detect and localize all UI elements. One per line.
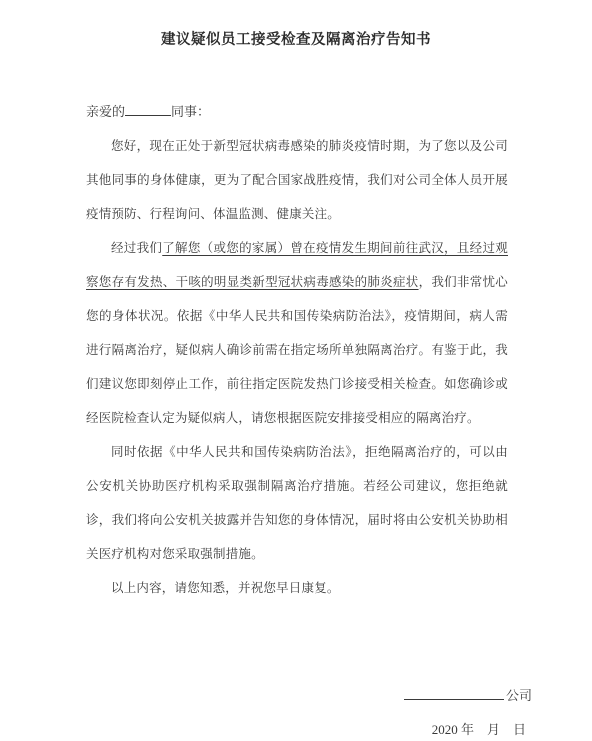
date-line: 2020 年 月 日 bbox=[0, 713, 592, 741]
paragraph-legal-consequences: 同时依据《中华人民共和国传染病防治法》，拒绝隔离治疗的，可以由公安机关协助医疗机… bbox=[86, 435, 508, 571]
paragraph-epidemic-measures: 您好，现在正处于新型冠状病毒感染的肺炎疫情时期，为了您以及公司其他同事的身体健康… bbox=[86, 129, 508, 231]
company-label: 公司 bbox=[506, 688, 532, 703]
recipient-name-blank-line bbox=[125, 102, 171, 116]
salutation: 亲爱的同事： bbox=[86, 95, 508, 129]
salutation-prefix: 亲爱的 bbox=[86, 104, 125, 119]
paragraph-closing-wishes: 以上内容，请您知悉，并祝您早日康复。 bbox=[86, 571, 508, 605]
paragraph-suspected-symptoms: 经过我们了解您（或您的家属）曾在疫情发生期间前往武汉，且经过观察您存有发热、干咳… bbox=[86, 231, 508, 435]
paragraph-2-lead-text: 经过我们 bbox=[111, 241, 162, 255]
company-name-blank-line bbox=[404, 686, 504, 700]
document-page: 建议疑似员工接受检查及隔离治疗告知书 亲爱的同事： 您好，现在正处于新型冠状病毒… bbox=[0, 0, 592, 741]
paragraph-2-rest-text: ，我们非常忧心您的身体状况。依据《中华人民共和国传染病防治法》，疫情期间，病人需… bbox=[86, 275, 508, 425]
salutation-suffix: 同事： bbox=[171, 104, 210, 119]
document-body: 亲爱的同事： 您好，现在正处于新型冠状病毒感染的肺炎疫情时期，为了您以及公司其他… bbox=[86, 95, 508, 605]
document-title: 建议疑似员工接受检查及隔离治疗告知书 bbox=[0, 0, 592, 49]
signature-block: 公司 bbox=[0, 679, 592, 713]
